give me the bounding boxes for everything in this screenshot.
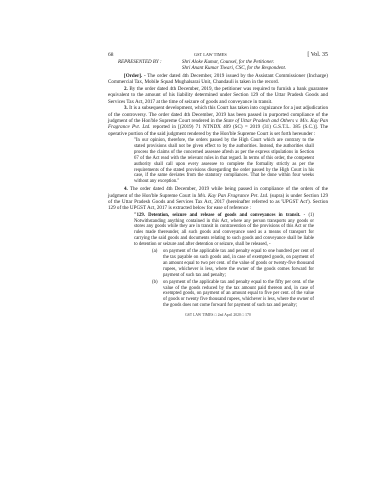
paragraph-2: 2. By the order dated 4th December, 2019… <box>108 86 328 105</box>
clause-marker: (a) <box>152 249 163 279</box>
judgment-quote: "In our opinion, therefore, the orders p… <box>134 138 314 185</box>
paragraph-3: 3. It is a subsequent development, which… <box>108 105 328 137</box>
order-paragraph: [Order]. - The order dated 4th December,… <box>108 73 328 86</box>
clause-text: on payment of the applicable tax and pen… <box>163 280 314 310</box>
clause-marker: (b) <box>152 280 163 310</box>
publication-title: GST LAW TIMES <box>194 52 227 58</box>
section-body: - (1) Notwithstanding anything contained… <box>134 213 314 248</box>
case-citation: M/s. Kay Pan Fragrance Pvt. Ltd. <box>198 193 269 199</box>
volume-label: [ Vol. 35 <box>307 52 328 58</box>
clause-text: on payment of the applicable tax and pen… <box>163 249 314 279</box>
running-header: 68 GST LAW TIMES [ Vol. 35 <box>108 52 328 60</box>
page-footer: GST LAW TIMES □ 2nd April 2020 □ 170 <box>108 312 328 318</box>
section-129-extract: "129. Detention, seizure and release of … <box>134 213 314 248</box>
document-page: 68 GST LAW TIMES [ Vol. 35 REPRESENTED B… <box>108 52 328 319</box>
section-heading: "129. Detention, seizure and release of … <box>134 213 300 218</box>
page-number: 68 <box>108 52 113 58</box>
represented-by-label: REPRESENTED BY : <box>118 60 182 73</box>
clause-b: (b) on payment of the applicable tax and… <box>152 280 314 310</box>
clause-a: (a) on payment of the applicable tax and… <box>152 249 314 279</box>
paragraph-4: 4. The order dated 4th December, 2019 wh… <box>108 186 328 211</box>
represented-by-block: REPRESENTED BY : Shri Aloke Kumar, Couns… <box>118 60 328 73</box>
order-lead: [Order]. - <box>124 73 146 79</box>
